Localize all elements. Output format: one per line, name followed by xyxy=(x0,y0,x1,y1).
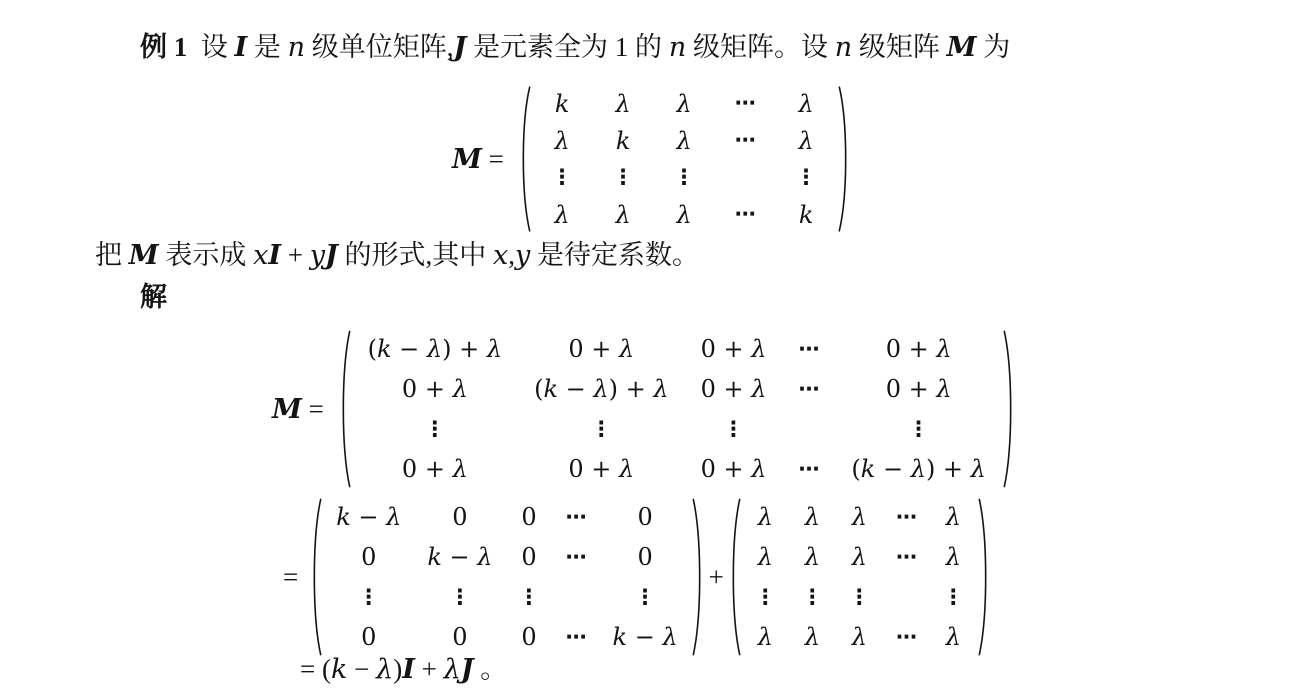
matrix-row: λλλ⋯k xyxy=(532,196,837,233)
matrix-cell: ⋯ xyxy=(715,196,776,233)
matrix-cell: λ xyxy=(654,85,715,122)
text-segment: k xyxy=(331,654,347,685)
matrix-m: kλλ⋯λλkλ⋯λ⋮⋮⋮⋮λλλ⋯k xyxy=(517,85,852,233)
text-segment: M xyxy=(947,32,977,63)
problem-statement-line: 例 1 设 I 是 n 级单位矩阵,J 是元素全为 1 的 n 级矩阵。设 n … xyxy=(140,31,1010,64)
matrix-cell: ⋯ xyxy=(782,369,835,409)
matrix-cell: λ xyxy=(742,497,789,537)
matrix-cell: 0 + λ xyxy=(518,449,684,489)
text-segment: y xyxy=(310,240,325,271)
matrix-row: (k − λ) + λ0 + λ0 + λ⋯0 + λ xyxy=(352,329,1002,369)
matrix-cell: λ xyxy=(654,122,715,159)
text-segment: 的形式,其中 xyxy=(338,240,493,270)
matrix-cell: λ xyxy=(789,497,836,537)
matrix-cell: ⋮ xyxy=(600,577,691,617)
matrix-cell: ⋯ xyxy=(782,329,835,369)
matrix-cell: λ xyxy=(836,617,883,657)
right-paren-icon xyxy=(977,497,992,657)
matrix-cell: ⋮ xyxy=(352,409,518,449)
matrix-cell: 0 + λ xyxy=(518,329,684,369)
matrix-cell: k xyxy=(776,196,837,233)
text-segment: = xyxy=(302,394,331,424)
matrix-cell: λ xyxy=(593,85,654,122)
matrix-cell: λ xyxy=(789,617,836,657)
matrix-row: 0k − λ0⋯0 xyxy=(323,537,690,577)
text-segment: M xyxy=(272,394,302,425)
equals-sign: = xyxy=(283,562,298,593)
left-paren-icon xyxy=(517,85,532,233)
matrix-cell: λ xyxy=(742,617,789,657)
matrix-cell: λ xyxy=(930,617,977,657)
text-segment: 把 xyxy=(95,240,129,270)
matrix-cell: ⋯ xyxy=(553,537,600,577)
document-page: 例 1 设 I 是 n 级单位矩阵,J 是元素全为 1 的 n 级矩阵。设 n … xyxy=(0,0,1295,697)
matrix-cell: k xyxy=(532,85,593,122)
equation-lhs-m-equals: M = xyxy=(272,394,331,425)
left-paren-icon xyxy=(727,497,742,657)
matrix-diagonal-k-minus-lambda: k − λ00⋯00k − λ0⋯0⋮⋮⋮⋮000⋯k − λ xyxy=(308,497,705,657)
text-segment: = ( xyxy=(300,654,331,684)
text-segment: + xyxy=(415,654,444,684)
matrix-cell: ⋯ xyxy=(883,497,930,537)
matrix-cell: ⋯ xyxy=(883,617,930,657)
matrix-cell: λ xyxy=(776,122,837,159)
text-segment: 级单位矩阵, xyxy=(305,32,454,62)
matrix-all-lambda: λλλ⋯λλλλ⋯λ⋮⋮⋮⋮λλλ⋯λ xyxy=(727,497,992,657)
matrix-row: λkλ⋯λ xyxy=(532,122,837,159)
matrix-cell: k xyxy=(593,122,654,159)
matrix-cell: 0 xyxy=(506,617,553,657)
text-segment: n xyxy=(669,32,686,63)
text-segment: 是待定系数。 xyxy=(530,240,699,270)
text-segment: − xyxy=(347,654,376,684)
matrix-cell xyxy=(553,577,600,617)
text-segment: 是 xyxy=(247,32,288,62)
text-segment: M xyxy=(452,144,482,175)
matrix-cell: 0 + λ xyxy=(685,369,783,409)
matrix-row: λλλ⋯λ xyxy=(742,617,977,657)
matrix-cell: 0 xyxy=(414,617,505,657)
matrix-row: ⋮⋮⋮⋮ xyxy=(532,159,837,196)
plus-sign: + xyxy=(709,562,724,593)
matrix-cell: (k − λ) + λ xyxy=(518,369,684,409)
matrix-cell: λ xyxy=(532,196,593,233)
matrix-cell: ⋯ xyxy=(782,449,835,489)
text-segment: n xyxy=(288,32,305,63)
matrix-cell: ⋮ xyxy=(654,159,715,196)
matrix-cell: λ xyxy=(593,196,654,233)
matrix-m-definition-equation: M = kλλ⋯λλkλ⋯λ⋮⋮⋮⋮λλλ⋯k xyxy=(452,84,852,234)
text-segment: ) xyxy=(393,654,402,684)
text-segment: 级矩阵。设 xyxy=(686,32,835,62)
matrix-cell: λ xyxy=(532,122,593,159)
text-segment: 。 xyxy=(473,654,507,684)
text-segment: n xyxy=(835,32,852,63)
text-segment: y xyxy=(515,240,530,271)
right-paren-icon xyxy=(691,497,706,657)
matrix-cell: ⋮ xyxy=(776,159,837,196)
text-segment: 设 xyxy=(187,32,234,62)
matrix-cell: k − λ xyxy=(323,497,414,537)
matrix-cell: 0 + λ xyxy=(352,369,518,409)
text-segment: 级矩阵 xyxy=(852,32,947,62)
matrix-row: k − λ00⋯0 xyxy=(323,497,690,537)
matrix-row: 000⋯k − λ xyxy=(323,617,690,657)
matrix-cell: ⋮ xyxy=(593,159,654,196)
matrix-cell: λ xyxy=(930,497,977,537)
matrix-cell: 0 xyxy=(323,617,414,657)
matrix-cell: λ xyxy=(789,537,836,577)
matrix-cell: k − λ xyxy=(414,537,505,577)
matrix-cell: λ xyxy=(836,537,883,577)
right-paren-icon xyxy=(1002,329,1017,489)
text-segment: 为 xyxy=(976,32,1010,62)
matrix-cell: λ xyxy=(930,537,977,577)
matrix-cell: ⋮ xyxy=(835,409,1001,449)
matrix-cell: ⋯ xyxy=(883,537,930,577)
text-segment: 是元素全为 1 的 xyxy=(466,32,669,62)
matrix-cell: 0 xyxy=(600,497,691,537)
matrix-cell: 0 + λ xyxy=(352,449,518,489)
matrix-cell: 0 xyxy=(506,537,553,577)
solution-step2-equation: = k − λ00⋯00k − λ0⋯0⋮⋮⋮⋮000⋯k − λ + λλλ⋯… xyxy=(283,495,992,659)
matrix-cell: ⋮ xyxy=(789,577,836,617)
matrix-cell: ⋯ xyxy=(715,85,776,122)
matrix-cell: ⋮ xyxy=(930,577,977,617)
text-segment: J xyxy=(325,240,338,271)
matrix-row: λλλ⋯λ xyxy=(742,497,977,537)
matrix-cell: (k − λ) + λ xyxy=(352,329,518,369)
matrix-cell: 0 xyxy=(506,497,553,537)
matrix-cell xyxy=(782,409,835,449)
matrix-cell: ⋮ xyxy=(506,577,553,617)
matrix-row: ⋮⋮⋮⋮ xyxy=(323,577,690,617)
text-segment: I xyxy=(235,32,248,63)
text-segment: J xyxy=(461,654,474,685)
text-segment: λ xyxy=(444,654,461,685)
matrix-cell: ⋮ xyxy=(323,577,414,617)
matrix-cell: 0 xyxy=(323,537,414,577)
matrix-row: 0 + λ0 + λ0 + λ⋯(k − λ) + λ xyxy=(352,449,1002,489)
matrix-cell: λ xyxy=(654,196,715,233)
matrix-cell xyxy=(883,577,930,617)
solution-step1-equation: M = (k − λ) + λ0 + λ0 + λ⋯0 + λ0 + λ(k −… xyxy=(272,328,1017,490)
matrix-cell: 0 xyxy=(600,537,691,577)
text-segment: 例 1 xyxy=(140,32,187,62)
matrix-grid: kλλ⋯λλkλ⋯λ⋮⋮⋮⋮λλλ⋯k xyxy=(532,85,837,233)
text-segment: = xyxy=(482,144,511,174)
matrix-grid: k − λ00⋯00k − λ0⋯0⋮⋮⋮⋮000⋯k − λ xyxy=(323,497,690,657)
text-segment: J xyxy=(454,32,467,63)
problem-question-line: 把 M 表示成 xI + yJ 的形式,其中 x,y 是待定系数。 xyxy=(95,239,699,272)
matrix-cell: (k − λ) + λ xyxy=(835,449,1001,489)
right-paren-icon xyxy=(837,85,852,233)
matrix-cell: 0 + λ xyxy=(685,329,783,369)
matrix-grid: λλλ⋯λλλλ⋯λ⋮⋮⋮⋮λλλ⋯λ xyxy=(742,497,977,657)
matrix-cell: k − λ xyxy=(600,617,691,657)
matrix-cell: 0 + λ xyxy=(685,449,783,489)
matrix-cell: ⋮ xyxy=(836,577,883,617)
matrix-row: 0 + λ(k − λ) + λ0 + λ⋯0 + λ xyxy=(352,369,1002,409)
matrix-grid: (k − λ) + λ0 + λ0 + λ⋯0 + λ0 + λ(k − λ) … xyxy=(352,329,1002,489)
matrix-cell xyxy=(715,159,776,196)
solution-label: 解 xyxy=(140,281,167,313)
matrix-cell: λ xyxy=(742,537,789,577)
matrix-row: λλλ⋯λ xyxy=(742,537,977,577)
left-paren-icon xyxy=(337,329,352,489)
equation-lhs-m-equals: M = xyxy=(452,144,511,175)
text-segment: I xyxy=(402,654,415,685)
matrix-cell: λ xyxy=(836,497,883,537)
matrix-row: ⋮⋮⋮⋮ xyxy=(352,409,1002,449)
matrix-cell: ⋯ xyxy=(715,122,776,159)
matrix-cell: 0 + λ xyxy=(835,369,1001,409)
matrix-cell: ⋮ xyxy=(518,409,684,449)
matrix-cell: ⋮ xyxy=(685,409,783,449)
matrix-cell: 0 + λ xyxy=(835,329,1001,369)
text-segment: M xyxy=(129,240,159,271)
matrix-cell: ⋮ xyxy=(414,577,505,617)
matrix-cell: 0 xyxy=(414,497,505,537)
left-paren-icon xyxy=(308,497,323,657)
final-result-equation: = (k − λ)I + λJ 。 xyxy=(300,653,507,686)
text-segment: λ xyxy=(376,654,393,685)
text-segment: x xyxy=(493,240,508,271)
text-segment: I xyxy=(268,240,281,271)
matrix-cell: λ xyxy=(776,85,837,122)
text-segment: 表示成 xyxy=(159,240,254,270)
matrix-expanded-sum: (k − λ) + λ0 + λ0 + λ⋯0 + λ0 + λ(k − λ) … xyxy=(337,329,1017,489)
matrix-cell: ⋯ xyxy=(553,617,600,657)
matrix-row: ⋮⋮⋮⋮ xyxy=(742,577,977,617)
text-segment: x xyxy=(253,240,268,271)
text-segment: + xyxy=(281,240,310,270)
matrix-cell: ⋮ xyxy=(532,159,593,196)
matrix-row: kλλ⋯λ xyxy=(532,85,837,122)
matrix-cell: ⋯ xyxy=(553,497,600,537)
matrix-cell: ⋮ xyxy=(742,577,789,617)
